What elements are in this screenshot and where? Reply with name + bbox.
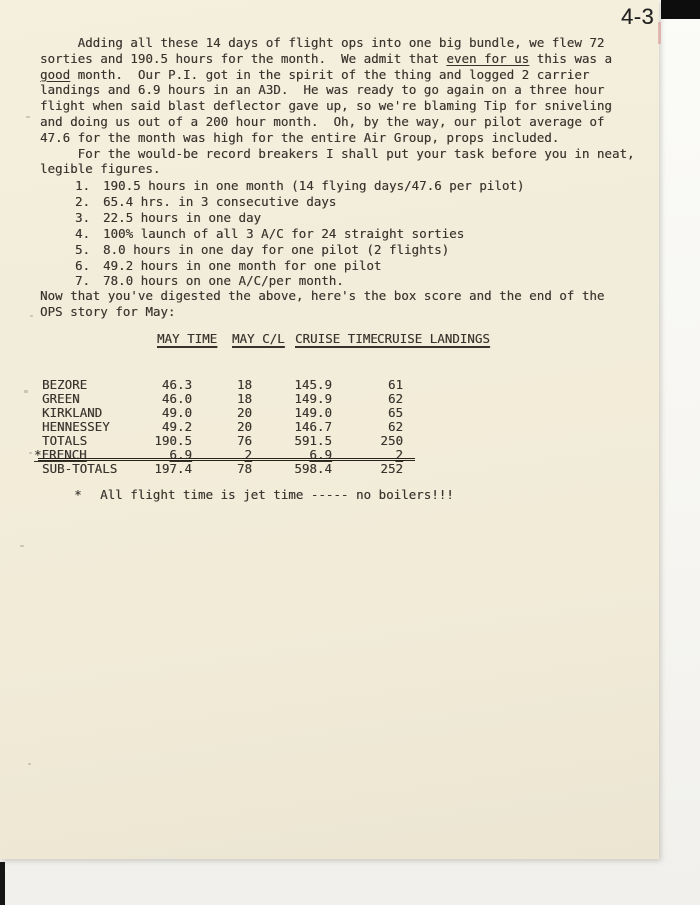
list-item-text: 8.0 hours in one day for one pilot (2 fl… bbox=[103, 242, 449, 257]
text-segment: month. Our P.I. got in the spirit of the… bbox=[70, 67, 589, 82]
list-item-text: 49.2 hours in one month for one pilot bbox=[103, 258, 381, 273]
paper-speck bbox=[26, 116, 30, 118]
text-line: and doing us out of a 200 hour month. Oh… bbox=[40, 114, 635, 130]
may-time-value: 190.5 bbox=[132, 433, 192, 448]
paper-edge-mark bbox=[658, 22, 661, 44]
list-item-number: 7. bbox=[75, 273, 103, 289]
list-item-number: 5. bbox=[75, 242, 103, 258]
list-item-text: 100% launch of all 3 A/C for 24 straight… bbox=[103, 226, 464, 241]
may-time-value: 46.3 bbox=[132, 377, 192, 392]
totals-label: TOTALS bbox=[42, 433, 87, 448]
list-item: 5.8.0 hours in one day for one pilot (2 … bbox=[75, 242, 524, 258]
may-time-value: 49.0 bbox=[132, 405, 192, 420]
column-header-cruise-time: CRUISE TIME bbox=[295, 331, 378, 346]
page-number: 4-3 bbox=[621, 4, 654, 30]
list-item: 7.78.0 hours on one A/C/per month. bbox=[75, 273, 524, 289]
list-item-number: 2. bbox=[75, 194, 103, 210]
text-segment: legible figures. bbox=[40, 161, 160, 176]
paper-speck bbox=[20, 545, 24, 547]
list-item: 4.100% launch of all 3 A/C for 24 straig… bbox=[75, 226, 524, 242]
column-header-may-cl: MAY C/L bbox=[232, 331, 285, 346]
records-numbered-list: 1.190.5 hours in one month (14 flying da… bbox=[75, 178, 524, 289]
text-line: 47.6 for the month was high for the enti… bbox=[40, 130, 635, 146]
paper-speck bbox=[24, 390, 28, 393]
text-segment: this was a bbox=[529, 51, 612, 66]
list-item: 2.65.4 hrs. in 3 consecutive days bbox=[75, 194, 524, 210]
pilot-name: KIRKLAND bbox=[42, 405, 102, 420]
scanner-dark-edge-top-right bbox=[661, 0, 700, 19]
list-item-text: 190.5 hours in one month (14 flying days… bbox=[103, 178, 524, 193]
text-segment: landings and 6.9 hours in an A3D. He was… bbox=[40, 82, 604, 97]
text-line: sorties and 190.5 hours for the month. W… bbox=[40, 51, 635, 67]
text-segment: For the would-be record breakers I shall… bbox=[40, 146, 635, 161]
table-row: BEZORE46.318145.961 bbox=[40, 377, 490, 391]
column-header-may-time: MAY TIME bbox=[157, 331, 217, 346]
table-row: GREEN46.018149.962 bbox=[40, 391, 490, 405]
underlined-text: even for us bbox=[446, 51, 529, 66]
may-time-value: 46.0 bbox=[132, 391, 192, 406]
paper-speck bbox=[29, 452, 32, 454]
list-item-text: 22.5 hours in one day bbox=[103, 210, 261, 225]
cruise-landings-value: 62 bbox=[343, 391, 403, 406]
cruise-landings-value: 250 bbox=[343, 433, 403, 448]
may-cl-value: 76 bbox=[192, 433, 252, 448]
cruise-time-value: 145.9 bbox=[272, 377, 332, 392]
cruise-time-value: 146.7 bbox=[272, 419, 332, 434]
table-row: HENNESSEY49.220146.762 bbox=[40, 419, 490, 433]
list-item-text: 78.0 hours on one A/C/per month. bbox=[103, 273, 344, 288]
text-line: landings and 6.9 hours in an A3D. He was… bbox=[40, 82, 635, 98]
cruise-time-value: 591.5 bbox=[272, 433, 332, 448]
intro-paragraph: Adding all these 14 days of flight ops i… bbox=[40, 35, 635, 177]
text-line: OPS story for May: bbox=[40, 304, 604, 320]
lead-in-paragraph: Now that you've digested the above, here… bbox=[40, 288, 604, 320]
pilot-name: HENNESSEY bbox=[42, 419, 110, 434]
text-line: legible figures. bbox=[40, 161, 635, 177]
box-score-table: MAY TIME MAY C/L CRUISE TIME CRUISE LAND… bbox=[40, 331, 560, 481]
cruise-time-value: 149.0 bbox=[272, 405, 332, 420]
may-cl-value: 18 bbox=[192, 377, 252, 392]
list-item-number: 1. bbox=[75, 178, 103, 194]
text-segment: sorties and 190.5 hours for the month. W… bbox=[40, 51, 446, 66]
paper-speck bbox=[28, 763, 31, 765]
text-line: Now that you've digested the above, here… bbox=[40, 288, 604, 304]
list-item: 1.190.5 hours in one month (14 flying da… bbox=[75, 178, 524, 194]
table-row: KIRKLAND49.020149.065 bbox=[40, 405, 490, 419]
underlined-text: good bbox=[40, 67, 70, 82]
scanner-dark-edge-bottom-left bbox=[0, 862, 5, 905]
footnote-asterisk: * bbox=[74, 487, 100, 502]
list-item: 3.22.5 hours in one day bbox=[75, 210, 524, 226]
text-line: flight when said blast deflector gave up… bbox=[40, 98, 635, 114]
may-time-value: 49.2 bbox=[132, 419, 192, 434]
text-segment: flight when said blast deflector gave up… bbox=[40, 98, 612, 113]
cruise-landings-value: 62 bbox=[343, 419, 403, 434]
list-item: 6.49.2 hours in one month for one pilot bbox=[75, 258, 524, 274]
pilot-name: BEZORE bbox=[42, 377, 87, 392]
cruise-landings-value: 61 bbox=[343, 377, 403, 392]
text-segment: Adding all these 14 days of flight ops i… bbox=[40, 35, 604, 50]
text-line: good month. Our P.I. got in the spirit o… bbox=[40, 67, 635, 83]
paper-speck bbox=[30, 315, 33, 317]
footnote: *All flight time is jet time ----- no bo… bbox=[44, 472, 454, 517]
scanned-document-page: 4-3 Adding all these 14 days of flight o… bbox=[0, 0, 659, 859]
cruise-time-value: 149.9 bbox=[272, 391, 332, 406]
footnote-text: All flight time is jet time ----- no boi… bbox=[100, 487, 454, 502]
cruise-landings-value: 65 bbox=[343, 405, 403, 420]
may-cl-value: 18 bbox=[192, 391, 252, 406]
may-cl-value: 20 bbox=[192, 405, 252, 420]
table-row: TOTALS190.576591.5250 bbox=[40, 433, 490, 447]
text-segment: 47.6 for the month was high for the enti… bbox=[40, 130, 559, 145]
list-item-number: 3. bbox=[75, 210, 103, 226]
may-cl-value: 20 bbox=[192, 419, 252, 434]
list-item-text: 65.4 hrs. in 3 consecutive days bbox=[103, 194, 336, 209]
column-header-cruise-landings: CRUISE LANDINGS bbox=[377, 331, 490, 346]
list-item-number: 6. bbox=[75, 258, 103, 274]
list-item-number: 4. bbox=[75, 226, 103, 242]
text-line: For the would-be record breakers I shall… bbox=[40, 146, 635, 162]
text-line: Adding all these 14 days of flight ops i… bbox=[40, 35, 635, 51]
pilot-name: GREEN bbox=[42, 391, 80, 406]
text-segment: and doing us out of a 200 hour month. Oh… bbox=[40, 114, 604, 129]
